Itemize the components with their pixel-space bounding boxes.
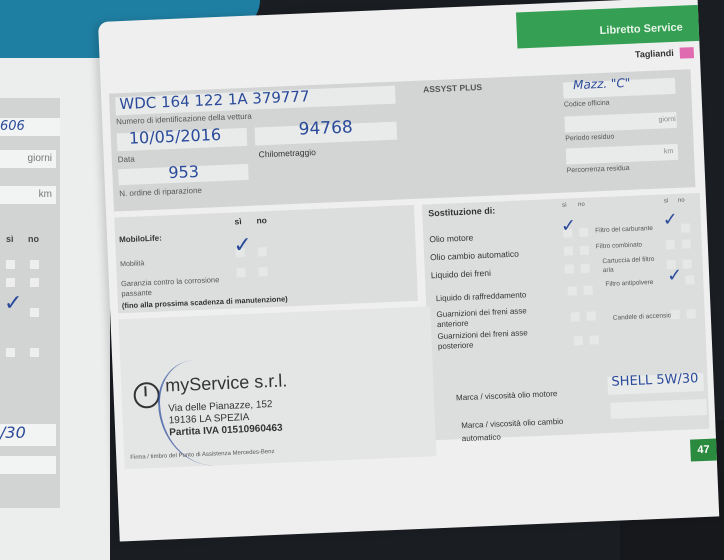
checkbox[interactable] bbox=[682, 239, 691, 248]
left-checkbox[interactable] bbox=[30, 348, 39, 357]
checkbox[interactable] bbox=[671, 310, 680, 319]
checkbox[interactable] bbox=[567, 286, 576, 295]
section-title: Libretto Service bbox=[599, 22, 683, 37]
left-checkbox[interactable] bbox=[30, 278, 39, 287]
checkbox[interactable] bbox=[571, 312, 580, 321]
left-partial-value: 606 bbox=[0, 118, 60, 136]
header-band: Libretto Service bbox=[516, 5, 699, 49]
mobilolife-col-yes: sì bbox=[234, 216, 242, 226]
remaining-period-unit: giorni bbox=[658, 116, 675, 124]
checkmark-icon: ✓ bbox=[667, 266, 683, 285]
checkbox[interactable] bbox=[685, 275, 694, 284]
checkbox[interactable] bbox=[687, 309, 696, 318]
checkbox[interactable] bbox=[581, 264, 590, 273]
remaining-distance-unit: km bbox=[664, 148, 674, 155]
replacement-col-yes: sì bbox=[562, 203, 567, 209]
left-checkbox[interactable] bbox=[6, 260, 15, 269]
workshop-code-value: Mazz. "C" bbox=[573, 76, 631, 92]
checkbox[interactable] bbox=[590, 335, 599, 344]
page-number: 47 bbox=[690, 438, 717, 461]
mobilolife-row-label: Mobilità bbox=[120, 260, 144, 268]
checkbox[interactable] bbox=[564, 246, 573, 255]
left-empty-field bbox=[0, 456, 56, 474]
left-col-no: no bbox=[28, 234, 39, 244]
gearbox-oil-label: Marca / viscosità olio cambio automatico bbox=[461, 414, 582, 445]
mercedes-star-icon bbox=[133, 382, 160, 409]
checkbox[interactable] bbox=[580, 246, 589, 255]
service-booklet-page: Libretto Service Tagliandi WDC 164 122 1… bbox=[98, 0, 719, 542]
checkmark-icon: ✓ bbox=[233, 234, 252, 257]
left-km-unit: km bbox=[0, 186, 56, 204]
date-label: Data bbox=[118, 155, 135, 165]
left-checkbox[interactable] bbox=[30, 308, 39, 317]
item-air-filter: Cartuccia del filtro aria bbox=[602, 255, 661, 275]
left-checkmark-icon: ✓ bbox=[4, 292, 22, 314]
left-page: 606 giorni km sì no ✓ /30 bbox=[0, 58, 110, 560]
left-checkbox[interactable] bbox=[6, 348, 15, 357]
item-rear-brake-pads: Guarnizioni dei freni asse posteriore bbox=[437, 328, 538, 352]
checkbox[interactable] bbox=[682, 259, 691, 268]
mobilolife-title: MobiloLife: bbox=[119, 234, 162, 245]
item-engine-oil: Olio motore bbox=[429, 232, 473, 244]
corrosion-no-checkbox[interactable] bbox=[258, 267, 267, 276]
checkmark-icon: ✓ bbox=[561, 216, 577, 235]
checkbox[interactable] bbox=[666, 240, 675, 249]
mobility-no-checkbox[interactable] bbox=[258, 247, 267, 256]
section-tab-marker bbox=[680, 47, 694, 59]
checkbox[interactable] bbox=[681, 223, 690, 232]
stamp-area: myService s.r.l. Via delle Pianazze, 152… bbox=[118, 306, 436, 469]
left-partial-viscosity: /30 bbox=[0, 424, 56, 446]
order-value: 953 bbox=[168, 162, 199, 182]
mileage-value: 94768 bbox=[298, 117, 353, 139]
corrosion-yes-checkbox[interactable] bbox=[236, 268, 245, 277]
left-checkbox[interactable] bbox=[30, 260, 39, 269]
date-value: 10/05/2016 bbox=[128, 125, 221, 148]
checkbox[interactable] bbox=[583, 286, 592, 295]
checkbox[interactable] bbox=[574, 336, 583, 345]
subsection-title: Tagliandi bbox=[635, 48, 674, 60]
item-front-brake-pads: Guarnizioni dei freni asse anteriore bbox=[436, 306, 537, 330]
checkbox[interactable] bbox=[565, 264, 574, 273]
engine-oil-no-checkbox[interactable] bbox=[579, 228, 588, 237]
replacement-col-no: no bbox=[578, 202, 585, 208]
checkbox[interactable] bbox=[587, 311, 596, 320]
replacement-col-yes-right: sì bbox=[664, 198, 669, 204]
left-col-yes: sì bbox=[6, 234, 14, 244]
checkmark-icon: ✓ bbox=[662, 210, 678, 229]
mobilolife-col-no: no bbox=[256, 215, 267, 225]
replacement-col-no-right: no bbox=[678, 198, 685, 204]
left-checkbox[interactable] bbox=[6, 278, 15, 287]
left-days-unit: giorni bbox=[0, 150, 56, 168]
